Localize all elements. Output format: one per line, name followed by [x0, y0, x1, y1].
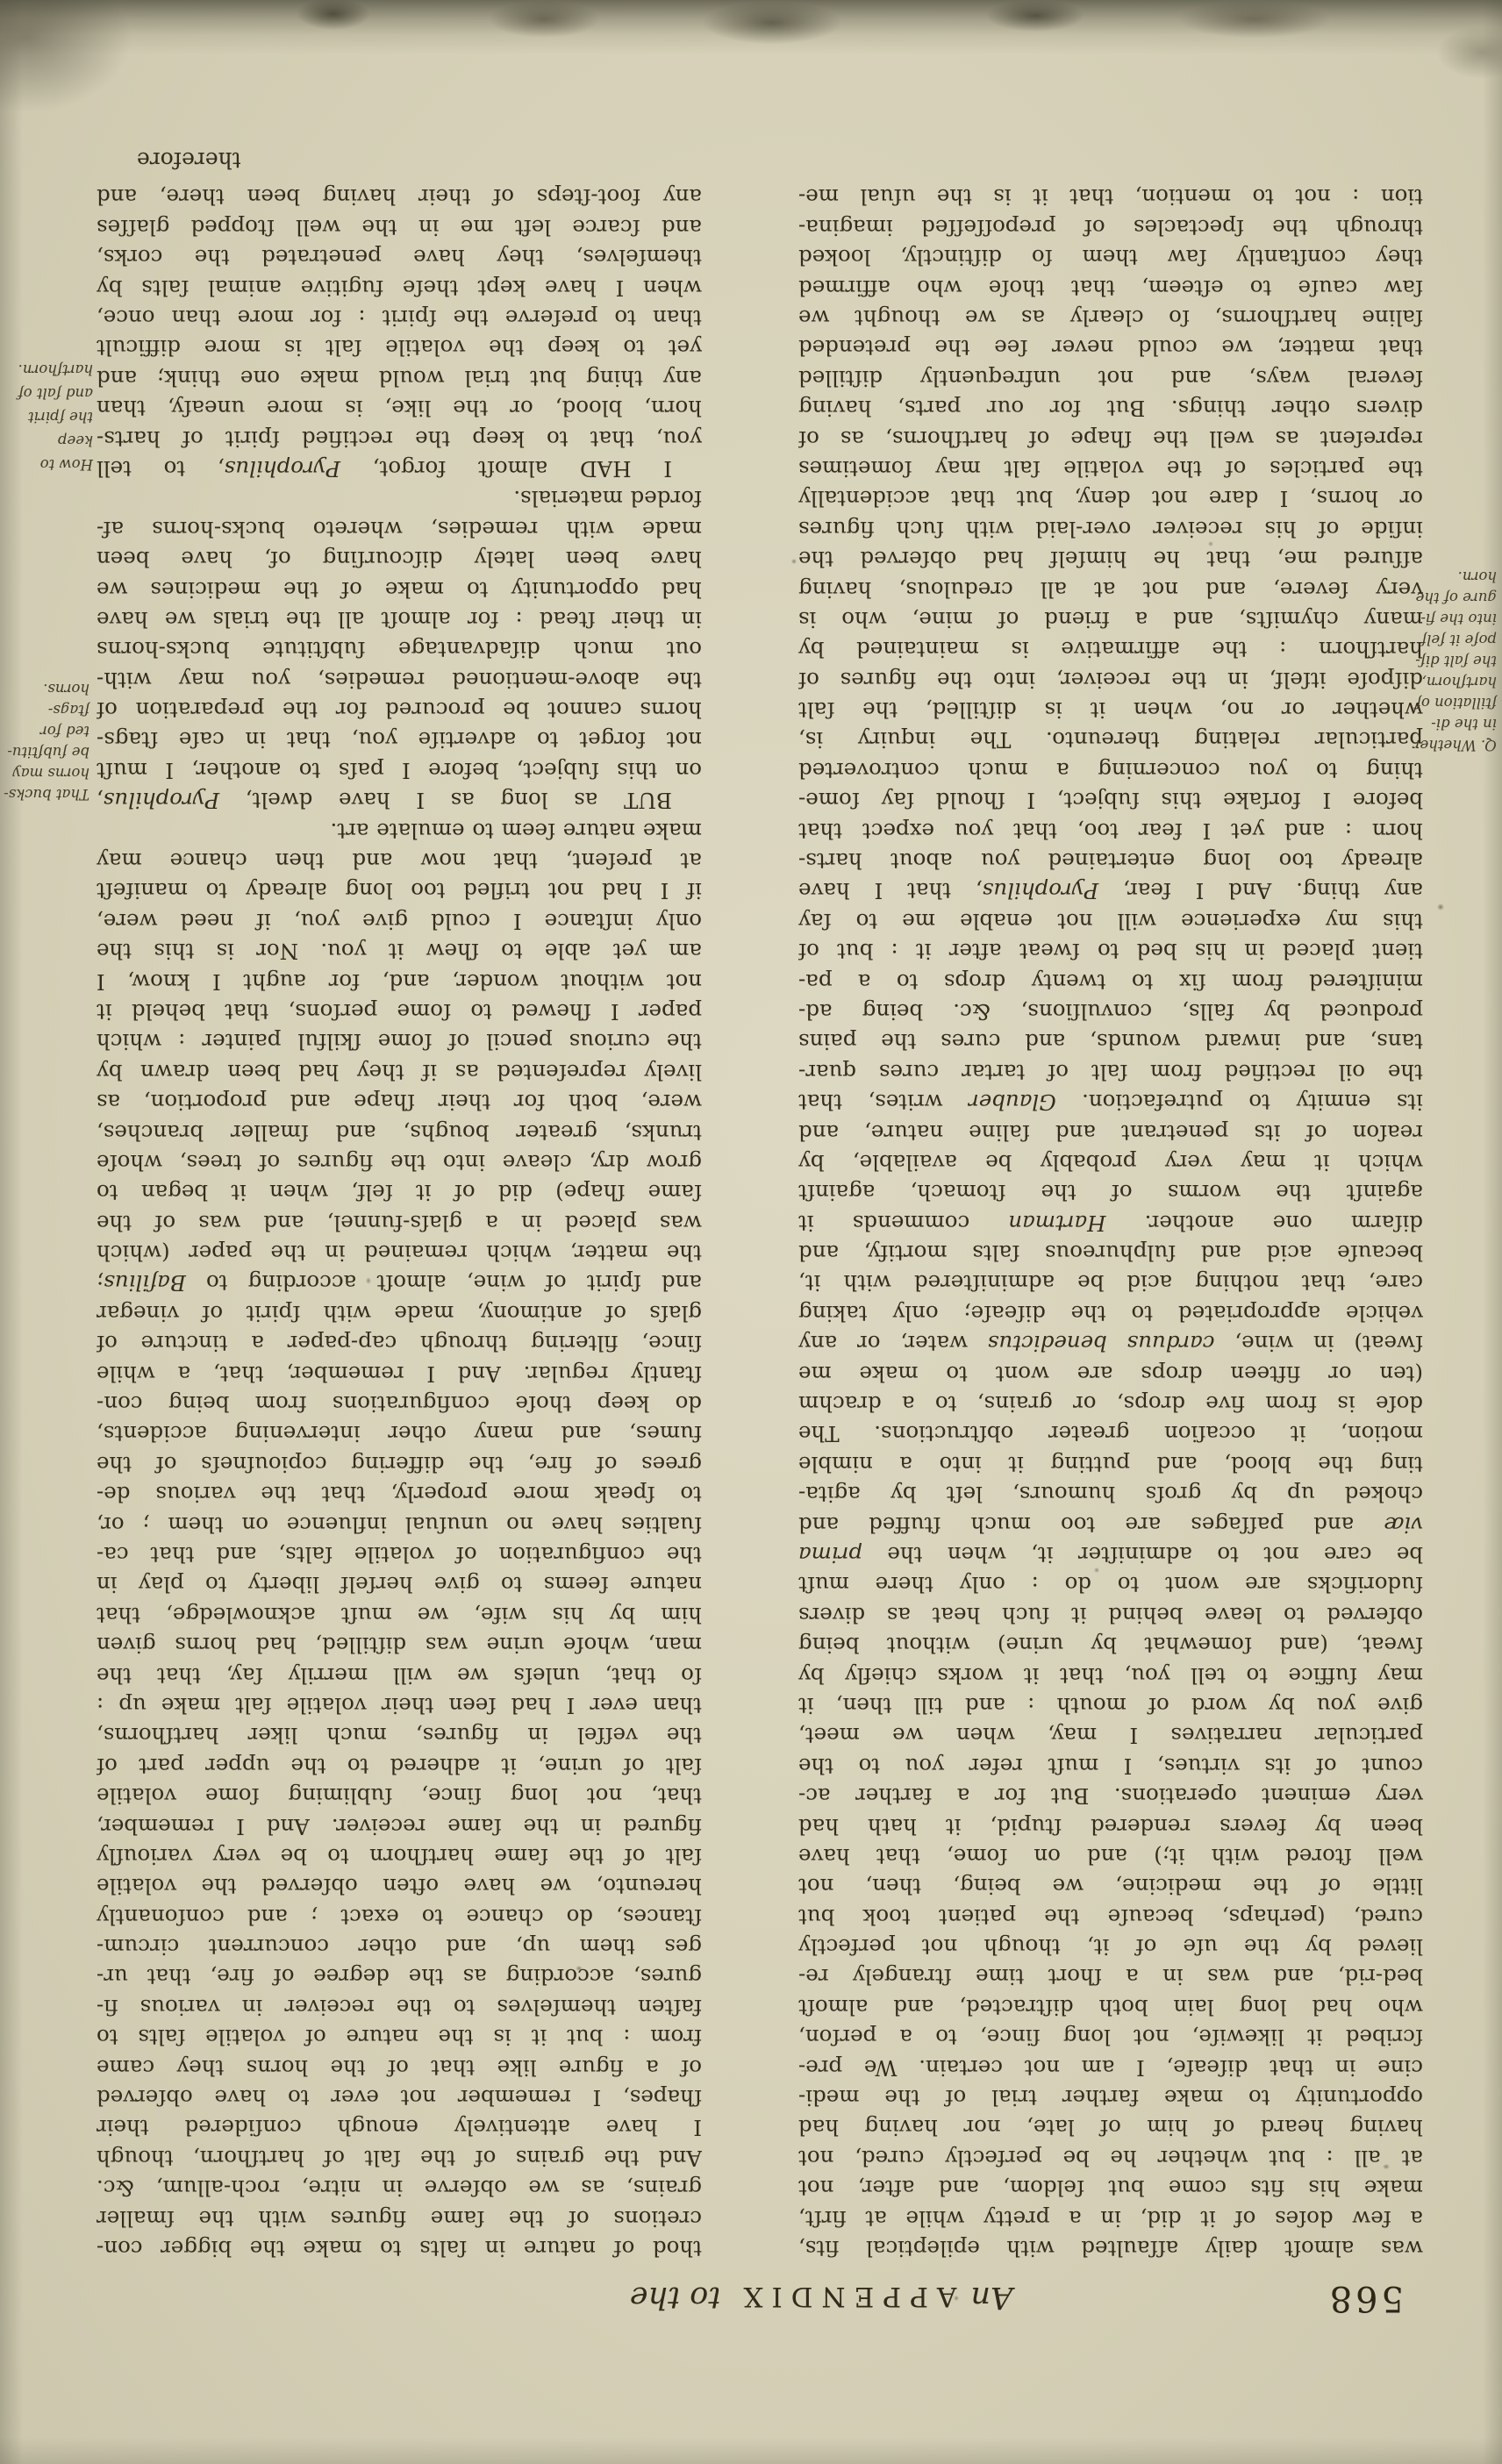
- text-line: ſo that, unleſs we will merrily ſay, tha…: [97, 1660, 702, 1689]
- text-line: ſweat) in wine, carduus benedictus water…: [798, 1328, 1423, 1358]
- running-header: AnAPPENDIXto the: [368, 2280, 1274, 2315]
- text-line: the configuration of volatile ſalts, and…: [97, 1539, 702, 1569]
- margin-note-line: be ſubſtitu-: [4, 741, 89, 762]
- text-line: And the grains of the ſalt of hartſhorn,…: [97, 2142, 702, 2172]
- margin-note-query: Q. Whetherin the di-ſtillation ofhartſho…: [1409, 566, 1497, 755]
- text-line: lively repreſented as if they had been d…: [97, 1056, 702, 1086]
- text-line: divers other things. But for our parts, …: [798, 393, 1423, 423]
- text-line: choked up by groſs humours, leſt by agit…: [798, 1479, 1423, 1509]
- text-line: paper I ſhewed to ſome perſons, that beh…: [97, 996, 702, 1026]
- text-line: not without wonder, and, for aught I kno…: [97, 966, 702, 996]
- text-line: whether or no, when it is diſtilled, the…: [798, 695, 1423, 725]
- text-line: ſcribed it likewiſe, not long ſince, to …: [798, 2022, 1423, 2052]
- text-line: may ſuffice to tell you, that it works c…: [798, 1660, 1423, 1689]
- margin-note-line: horn.: [1409, 566, 1497, 587]
- text-line: this my experience will not enable me to…: [798, 905, 1423, 935]
- text-line: glaſs of antimony, made with ſpirit of v…: [97, 1298, 702, 1328]
- text-line: him by his wife, we muſt acknowledge, th…: [97, 1599, 702, 1629]
- margin-note-buckshorns: That bucks-horns maybe ſubſtitu-ted forſ…: [4, 678, 89, 804]
- text-line: lieved by the uſe of it, though not perf…: [798, 1932, 1423, 1961]
- text-line: a few doſes of it did, in a pretty while…: [798, 2203, 1423, 2232]
- text-line: the matter, which remained in the paper …: [97, 1238, 702, 1268]
- text-line: tient placed in his bed to ſweat after i…: [798, 936, 1423, 966]
- text-line: tans, and inward wounds, and cures the p…: [798, 1026, 1423, 1056]
- text-line: yet to keep the volatile ſalt is more di…: [97, 332, 702, 362]
- margin-note-howtokeep: How to keepthe ſpiritand ſalt ofhartſhor…: [2, 358, 93, 476]
- text-line: make his fits come but ſeldom, and after…: [798, 2173, 1423, 2203]
- text-line: figured in the ſame receiver. And I reme…: [97, 1811, 702, 1840]
- text-line: hartſhorn : the affirmative is maintaine…: [798, 634, 1423, 664]
- running-header-prefix: An: [970, 2280, 1012, 2315]
- text-line: of a figure like that of the horns they …: [97, 2052, 702, 2082]
- text-line: viæ and paſſages are too much ſtuffed an…: [798, 1509, 1423, 1539]
- text-line: ſweat, (and ſomewhat by urine) without b…: [798, 1630, 1423, 1660]
- text-line: I have attentively enough conſidered the…: [97, 2112, 702, 2142]
- text-line: that matter, we could never ſee the pret…: [798, 332, 1423, 362]
- left-text-column: was almoſt daily aſſaulted with epilepti…: [798, 182, 1423, 2263]
- text-line: tion : not to mention, that it is the uſ…: [798, 182, 1423, 211]
- text-line: motion, it occaſion greater obſtructions…: [798, 1418, 1423, 1448]
- text-line: give you by word of mouth : and till the…: [798, 1690, 1423, 1720]
- text-line: inſide of his receiver over-laid with ſu…: [798, 513, 1423, 543]
- running-header-title: APPENDIX: [734, 2281, 956, 2312]
- text-line: the curious pencil of ſome ſkilful paint…: [97, 1026, 702, 1056]
- text-line: very ſevere, and not at all credulous, h…: [798, 574, 1423, 604]
- text-line: bed-rid, and was in a ſhort time ſtrange…: [798, 1961, 1423, 1991]
- running-header-suffix: to the: [630, 2280, 721, 2315]
- text-line: only inſtance I could give you, if need …: [97, 905, 702, 935]
- text-line: do keep thoſe configurations from being …: [97, 1389, 702, 1418]
- text-line: obſerved to leave behind it ſuch heat as…: [798, 1599, 1423, 1629]
- text-line: when I have kept theſe fugitive animal ſ…: [97, 272, 702, 302]
- text-line: well ſtored with it;) and on ſome, that …: [798, 1841, 1423, 1871]
- text-line: ges them up, and other concurrent circum…: [97, 1932, 702, 1961]
- text-line: care, that nothing acid be adminiſtered …: [798, 1268, 1423, 1297]
- text-line: many chymiſts, and a friend of mine, who…: [798, 604, 1423, 634]
- text-line: and ſcarce left me in the well ſtopped g…: [97, 211, 702, 241]
- text-line: ſaw cauſe to eſteem, that thoſe who affi…: [798, 272, 1423, 302]
- text-line: opportunity to make farther trial of the…: [798, 2082, 1423, 2112]
- text-line: ſualties have no unuſual influence on th…: [97, 1509, 702, 1539]
- text-line: have been lately diſcourſing of, have be…: [97, 544, 702, 574]
- margin-note-line: the ſalt diſ-: [1409, 650, 1497, 671]
- text-line: hereunto, we have often obſerved the vol…: [97, 1871, 702, 1901]
- text-line: on this ſubject, before I paſs to anothe…: [97, 754, 702, 784]
- text-line: grains, as we obſerve in nitre, roch-all…: [97, 2173, 702, 2203]
- text-line: grees of fire, the differing copiouſneſs…: [97, 1448, 702, 1478]
- text-line: who had long lain both diſtracted, and a…: [798, 1991, 1423, 2021]
- text-line: ſeveral ways, and not unfrequently diſti…: [798, 362, 1423, 392]
- text-line: ting the blood, and putting it into a ni…: [798, 1448, 1423, 1478]
- text-line: you, that to keep the rectified ſpirit o…: [97, 423, 702, 453]
- text-line: its enmity to putrefaction. Glauber writ…: [798, 1087, 1423, 1117]
- text-line: I HAD almoſt forgot, Pyrophilus, to tell: [97, 454, 702, 483]
- text-line: than ever I had ſeen their volatile ſalt…: [97, 1690, 702, 1720]
- text-line: (ten or fifteen drops are wont to make m…: [798, 1358, 1423, 1388]
- text-line: againſt the worms of the ſtomach, againſ…: [798, 1177, 1423, 1207]
- right-text-column: thod of nature in ſalts to make the bigg…: [97, 182, 702, 2263]
- margin-note-line: gure of the: [1409, 587, 1497, 608]
- text-line: if I had not trifled too long already to…: [97, 875, 702, 905]
- text-line: cretions of the ſame figures with the ſm…: [97, 2203, 702, 2232]
- margin-note-line: poſe it ſelf: [1409, 629, 1497, 650]
- text-line: horn : and yet I fear too, that you expe…: [798, 815, 1423, 845]
- margin-note-line: the ſpirit: [2, 405, 93, 429]
- text-line: at all : but whether he be perfectly cur…: [798, 2142, 1423, 2172]
- text-line: already too long entertained you about h…: [798, 846, 1423, 875]
- text-line: they conſtantly ſaw them ſo diſtinctly, …: [798, 242, 1423, 272]
- text-line: cured, (perhaps, becauſe the patient too…: [798, 1901, 1423, 1931]
- text-line: faſten themſelves to the receiver in var…: [97, 1991, 702, 2021]
- margin-note-line: How to keep: [2, 429, 93, 476]
- text-line: be care not to adminiſter it, when the p…: [798, 1539, 1423, 1569]
- text-line: ſince, filtering through cap-paper a tin…: [97, 1328, 702, 1358]
- text-line: miniſtered from ſix to twenty drops to a…: [798, 966, 1423, 996]
- text-line: forded materials.: [97, 483, 702, 513]
- text-line: made with remedies, whereto bucks-horns …: [97, 513, 702, 543]
- text-line: count of its virtues, I muſt refer you t…: [798, 1750, 1423, 1780]
- text-line: grow dry, cleave into the figures of tre…: [97, 1147, 702, 1177]
- text-line: doſe is from five drops, or grains, to a…: [798, 1389, 1423, 1418]
- text-line: BUT as long as I have dwelt, Pyrophilus,: [97, 785, 702, 815]
- text-line: aſſured me, that he himſelf had obſerved…: [798, 544, 1423, 574]
- text-line: not forget to advertiſe you, that in caſ…: [97, 725, 702, 754]
- margin-note-line: in the di-: [1409, 713, 1497, 734]
- text-line: gures, according as the degree of fire, …: [97, 1961, 702, 1991]
- text-line: were, both for their ſhape and proportio…: [97, 1087, 702, 1117]
- text-line: diſarm one another. Hartman commends it: [798, 1207, 1423, 1237]
- margin-note-line: into the fi-: [1409, 608, 1497, 629]
- text-line: the veſſel in figures, much liker hartſh…: [97, 1720, 702, 1750]
- text-line: from : but it is the nature of volatile …: [97, 2022, 702, 2052]
- text-line: which it may very probably be available,…: [798, 1147, 1423, 1177]
- text-line: make nature ſeem to emulate art.: [97, 815, 702, 845]
- text-line: having heard of him of late, nor having …: [798, 2112, 1423, 2142]
- text-line: before I forſake this ſubject, I ſhould …: [798, 785, 1423, 815]
- text-line: reaſon of its penetrant and ſaline natur…: [798, 1117, 1423, 1146]
- text-line: ſudorificks are wont to do : only there …: [798, 1569, 1423, 1599]
- margin-note-line: and ſalt of: [2, 382, 93, 405]
- text-line: ſaline hartſhorns, ſo clearly as we thou…: [798, 303, 1423, 332]
- text-line: or horns, I dare not deny, but that acci…: [798, 483, 1423, 513]
- text-line: diſpoſe itſelf, in the receiver, into th…: [798, 664, 1423, 694]
- text-line: am yet able to ſhew it you. Nor is this …: [97, 936, 702, 966]
- text-line: ſhapes, I remember not ever to have obſe…: [97, 2082, 702, 2112]
- text-line: very eminent operations. But for a farth…: [798, 1781, 1423, 1811]
- margin-note-line: ted for: [4, 720, 89, 741]
- text-line: that, not long ſince, ſubliming ſome vol…: [97, 1781, 702, 1811]
- text-line: man, whoſe urine was diſtilled, had horn…: [97, 1630, 702, 1660]
- text-line: themſelves, they have penetrated the cor…: [97, 242, 702, 272]
- text-line: out much diſadvantage ſubſtitute bucks-h…: [97, 634, 702, 664]
- margin-note-line: hartſhorn.: [2, 358, 93, 382]
- text-line: been by fevers rendered ſtupid, it hath …: [798, 1811, 1423, 1840]
- catchword: therefore: [97, 147, 702, 173]
- text-line: had opportunity to make of the medicines…: [97, 574, 702, 604]
- text-line: ſame ſhape) did of it ſelf, when it bega…: [97, 1177, 702, 1207]
- text-line: fumes, and many other intervening accide…: [97, 1418, 702, 1448]
- margin-note-line: hartſhorn,: [1409, 671, 1497, 692]
- text-line: nature ſeems to give herſelf liberty to …: [97, 1569, 702, 1599]
- margin-note-line: ſtags-horns.: [4, 678, 89, 720]
- text-line: any thing but trial would make one think…: [97, 362, 702, 392]
- text-line: at preſent, that now and then chance may: [97, 846, 702, 875]
- text-line: horn, blood, or the like, is more uneaſy…: [97, 393, 702, 423]
- text-line: particular narratives I may, when we mee…: [798, 1720, 1423, 1750]
- margin-note-line: Q. Whether: [1409, 734, 1497, 755]
- text-line: ſtantly regular. And I remember, that, a…: [97, 1358, 702, 1388]
- margin-note-line: That bucks-: [4, 783, 89, 804]
- text-line: than to preſerve the ſpirit : for more t…: [97, 303, 702, 332]
- scanned-book-page: 568 AnAPPENDIXto the was almoſt daily aſ…: [0, 0, 1502, 2464]
- text-line: to ſpeak more properly, that the various…: [97, 1479, 702, 1509]
- text-line: ſalt of urine, it adhered to the upper p…: [97, 1750, 702, 1780]
- text-line: ſalt of the ſame hartſhorn to be very va…: [97, 1841, 702, 1871]
- text-line: produced by falls, convulſions, &c. bein…: [798, 996, 1423, 1026]
- text-line: repreſent as well the ſhape of hartſhorn…: [798, 423, 1423, 453]
- text-line: the particles of the volatile ſalt may ſ…: [798, 454, 1423, 483]
- text-line: the above-mentioned remedies, you may wi…: [97, 664, 702, 694]
- text-line: horns cannot be procured for the prepara…: [97, 695, 702, 725]
- margin-note-line: ſtillation of: [1409, 692, 1497, 713]
- text-line: in their ſtead : for almoſt all the tria…: [97, 604, 702, 634]
- text-line: thing to you concerning a much controver…: [798, 754, 1423, 784]
- text-line: through the ſpectacles of prepoſſeſſed i…: [798, 211, 1423, 241]
- text-line: particular relating thereunto. The inqui…: [798, 725, 1423, 754]
- margin-note-line: horns may: [4, 762, 89, 783]
- text-line: any foot-ſteps of their having been ther…: [97, 182, 702, 211]
- text-line: ſtances, do chance to exact ; and conſon…: [97, 1901, 702, 1931]
- page-number: 568: [1327, 2278, 1404, 2318]
- text-line: trunks, greater boughs, and ſmaller bran…: [97, 1117, 702, 1146]
- text-line: the oil rectified from ſalt of tartar cu…: [798, 1056, 1423, 1086]
- text-line: little of the medicine, we being, then, …: [798, 1871, 1423, 1901]
- text-line: cine in that diſeaſe, I am not certain. …: [798, 2052, 1423, 2082]
- text-line: becauſe acid and ſulphureous ſalts morti…: [798, 1238, 1423, 1268]
- text-line: and ſpirit of wine, almoſt according to …: [97, 1268, 702, 1297]
- text-line: was almoſt daily aſſaulted with epilepti…: [798, 2233, 1423, 2263]
- text-line: any thing. And I fear, Pyrophilus, that …: [798, 875, 1423, 905]
- text-line: thod of nature in ſalts to make the bigg…: [97, 2233, 702, 2263]
- text-line: was placed in a glaſs-funnel, and was of…: [97, 1207, 702, 1237]
- text-line: vehicle appropriated to the diſeaſe; onl…: [798, 1298, 1423, 1328]
